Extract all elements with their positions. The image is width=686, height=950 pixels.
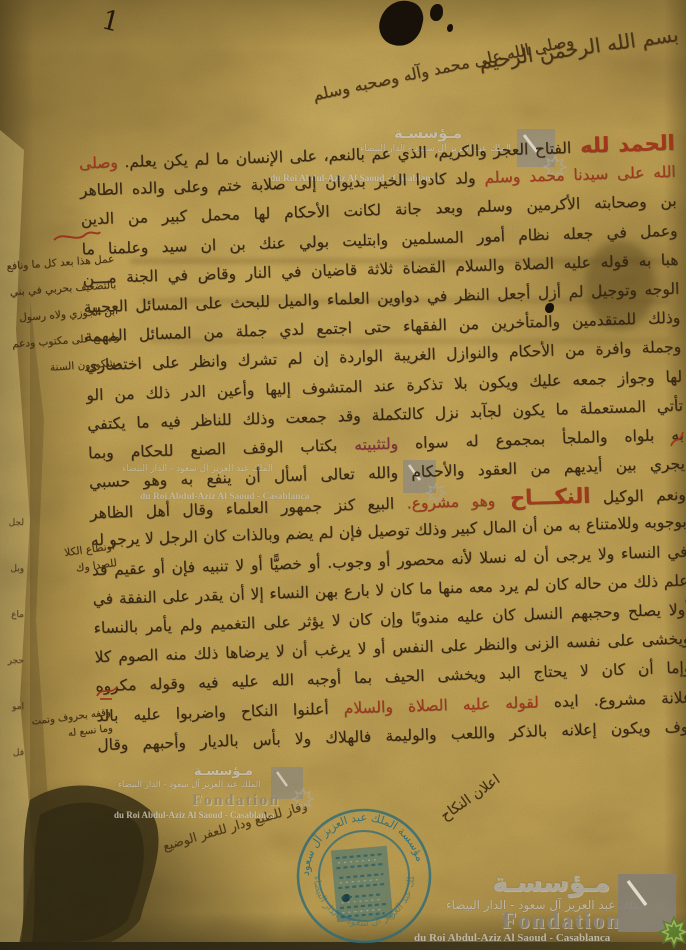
ink-blot <box>430 4 443 21</box>
spine-text-fragments: لجلوبلماعحجراموفل <box>0 500 24 776</box>
red-margin-mark <box>668 428 686 454</box>
stamp-inner-seal <box>331 846 393 923</box>
note-line: لجل <box>0 500 24 546</box>
rubricated-text: النكـــاح <box>495 484 591 511</box>
watermark-arabic-name: مـؤسسـة <box>194 764 253 779</box>
folio-number: 1 <box>99 4 123 38</box>
note-line: وبل <box>0 546 24 592</box>
manuscript-text: بكتاب الوقف الصنع للحكام وبما <box>88 436 338 462</box>
manuscript-text: به بلواه والملجأ بمجموع له سواه <box>398 426 684 453</box>
rubricated-text: لقوله عليه الصلاة والسلام <box>328 693 539 718</box>
watermark-latin-name: Fondation <box>192 792 280 810</box>
manuscript-text: ونعم الوكيل <box>590 486 686 507</box>
ink-blot <box>375 0 427 50</box>
rubricated-text: وصلى <box>79 153 118 172</box>
rubricated-text: الحمد لله <box>571 131 675 158</box>
note-line: ماع <box>0 592 24 638</box>
margin-note: عمل هذا بعد كل ما ونافعبالتضعيف بحربي في… <box>0 246 122 384</box>
manuscript-text-block: الحمد لله الفتاح العجز والكريم، الذي عم … <box>79 129 686 760</box>
red-margin-mark <box>94 682 120 702</box>
watermark-arabic-name: مـؤسسـة <box>492 868 610 898</box>
rubricated-text: وهو مشروع. <box>394 492 496 513</box>
ink-blot <box>447 24 453 32</box>
foundation-logo-large <box>616 872 686 950</box>
watermark-latin-line: du Roi Abdul-Aziz Al Saoud - Casablanca <box>114 810 275 820</box>
watermark-latin-line: du Roi Abdul-Aziz Al Saoud - Casablanca <box>414 932 610 944</box>
rubricated-text: ولتثبيته <box>337 435 398 455</box>
manuscript-page: 1 بسم الله الرحمٰن الرحيم وصلى الله على … <box>0 0 686 950</box>
rubricated-text: الله على سيدنا محمد وسلم <box>475 163 676 187</box>
red-margin-mark <box>50 226 102 248</box>
manuscript-text: أعلنوا النكاح واضربوا عليه بالد <box>96 700 329 725</box>
nikah-annotation: اعلان النكاح <box>438 772 503 825</box>
manuscript-text: علانة مشروع. ايده <box>538 688 686 711</box>
note-line: حجر <box>0 638 24 684</box>
blessing-text: وصلى الله على محمد وآله وصحبه وسلم <box>311 31 575 105</box>
watermark-latin-name: Fondation <box>502 908 621 934</box>
watermark-arabic-line: الملك عبد العزيز آل سعود - الدار البيضاء <box>118 780 261 790</box>
note-line: فل <box>0 730 24 776</box>
library-stamp: مؤسسة الملك عبد العزيز آل سعود الملك عبد… <box>288 798 438 950</box>
bottom-left-stain-patch <box>0 770 220 950</box>
note-line: امو <box>0 684 24 730</box>
